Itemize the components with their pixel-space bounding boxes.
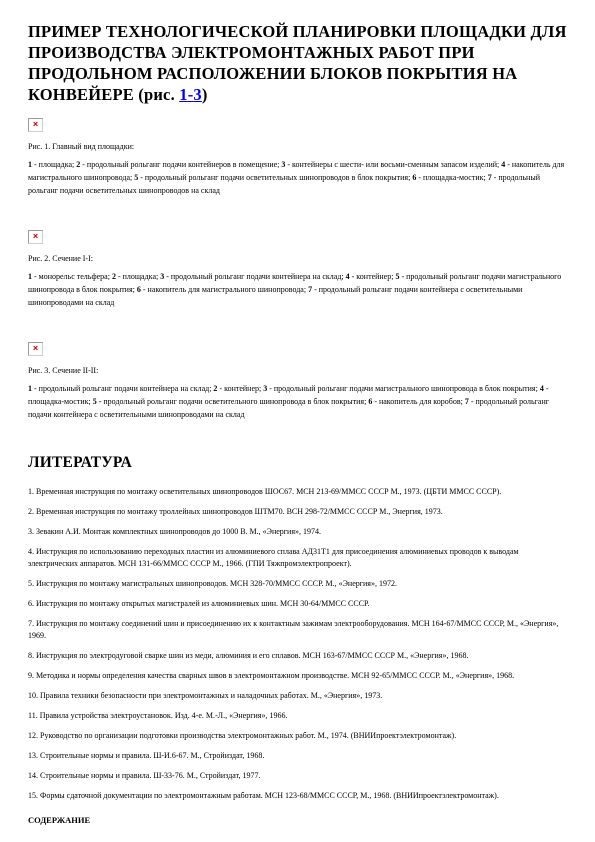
literature-item: 15. Формы сдаточной документации по элек… bbox=[28, 790, 567, 802]
literature-item: 7. Инструкция по монтажу соединений шин … bbox=[28, 618, 567, 642]
literature-item: 1. Временная инструкция по монтажу освет… bbox=[28, 486, 567, 498]
literature-item: 12. Руководство по организации подготовк… bbox=[28, 730, 567, 742]
legend-item-text: - продольный рольганг подачи магистральн… bbox=[267, 384, 540, 393]
figure-3-caption: Рис. 3. Сечение II-II: bbox=[28, 366, 567, 375]
legend-item-text: - контейнер; bbox=[350, 272, 396, 281]
legend-item-text: - площадка-мостик; bbox=[416, 173, 487, 182]
figure-1-caption: Рис. 1. Главный вид площадки: bbox=[28, 142, 567, 151]
literature-item: 9. Методика и нормы определения качества… bbox=[28, 670, 567, 682]
literature-item: 6. Инструкция по монтажу открытых магист… bbox=[28, 598, 567, 610]
legend-item-text: - контейнер; bbox=[217, 384, 263, 393]
legend-item-text: - площадка; bbox=[32, 160, 76, 169]
legend-item-text: - продольный рольганг подачи осветительн… bbox=[138, 173, 412, 182]
figure-block-1: × Рис. 1. Главный вид площадки: 1 - площ… bbox=[28, 118, 567, 197]
legend-item-text: - продольный рольганг подачи контейнера … bbox=[164, 272, 345, 281]
figure-2-legend: 1 - монорельс тельфера; 2 - площадка; 3 … bbox=[28, 270, 567, 309]
figure-1-legend: 1 - площадка; 2 - продольный рольганг по… bbox=[28, 158, 567, 197]
literature-item: 2. Временная инструкция по монтажу тролл… bbox=[28, 506, 567, 518]
literature-item: 13. Строительные нормы и правила. Ш-И.6-… bbox=[28, 750, 567, 762]
legend-item-text: - монорельс тельфера; bbox=[32, 272, 112, 281]
literature-item: 10. Правила техники безопасности при эле… bbox=[28, 690, 567, 702]
legend-item-text: - продольный рольганг подачи контейнеров… bbox=[80, 160, 281, 169]
literature-heading: ЛИТЕРАТУРА bbox=[28, 454, 567, 472]
figure-2-caption: Рис. 2. Сечение I-I: bbox=[28, 254, 567, 263]
legend-item-text: - площадка; bbox=[116, 272, 160, 281]
figure-link-1[interactable]: 1 bbox=[179, 85, 187, 104]
title-text-before: ПРИМЕР ТЕХНОЛОГИЧЕСКОЙ ПЛАНИРОВКИ ПЛОЩАД… bbox=[28, 22, 567, 104]
page-title: ПРИМЕР ТЕХНОЛОГИЧЕСКОЙ ПЛАНИРОВКИ ПЛОЩАД… bbox=[28, 21, 567, 105]
literature-item: 8. Инструкция по электродуговой сварке ш… bbox=[28, 650, 567, 662]
literature-item: 4. Инструкция по использованию переходны… bbox=[28, 546, 567, 570]
literature-item: 3. Зевакин А.И. Монтаж комплектных шиноп… bbox=[28, 526, 567, 538]
title-text-after: ) bbox=[202, 85, 208, 104]
broken-image-icon: × bbox=[28, 230, 43, 244]
figure-1-image-row: × bbox=[28, 118, 567, 133]
figure-block-2: × Рис. 2. Сечение I-I: 1 - монорельс тел… bbox=[28, 230, 567, 309]
figure-block-3: × Рис. 3. Сечение II-II: 1 - продольный … bbox=[28, 342, 567, 421]
figure-2-image-row: × bbox=[28, 230, 567, 245]
legend-item-text: - контейнеры с шести- или восьми-сменным… bbox=[285, 160, 501, 169]
broken-image-icon: × bbox=[28, 118, 43, 132]
literature-list: 1. Временная инструкция по монтажу освет… bbox=[28, 486, 567, 802]
legend-item-text: - продольный рольганг подачи контейнера … bbox=[32, 384, 213, 393]
legend-item-text: - продольный рольганг подачи осветительн… bbox=[97, 397, 369, 406]
figure-link-3[interactable]: 3 bbox=[193, 85, 201, 104]
legend-item-text: - накопитель для коробов; bbox=[372, 397, 465, 406]
document-page: { "page": { "background": "#ffffff", "li… bbox=[0, 0, 595, 842]
figure-3-image-row: × bbox=[28, 342, 567, 357]
literature-item: 5. Инструкция по монтажу магистральных ш… bbox=[28, 578, 567, 590]
contents-label: СОДЕРЖАНИЕ bbox=[28, 815, 567, 825]
figure-3-legend: 1 - продольный рольганг подачи контейнер… bbox=[28, 382, 567, 421]
literature-item: 11. Правила устройства электроустановок.… bbox=[28, 710, 567, 722]
literature-item: 14. Строительные нормы и правила. Ш-33-7… bbox=[28, 770, 567, 782]
broken-image-icon: × bbox=[28, 342, 43, 356]
legend-item-text: - накопитель для магистрального шинопров… bbox=[141, 285, 308, 294]
